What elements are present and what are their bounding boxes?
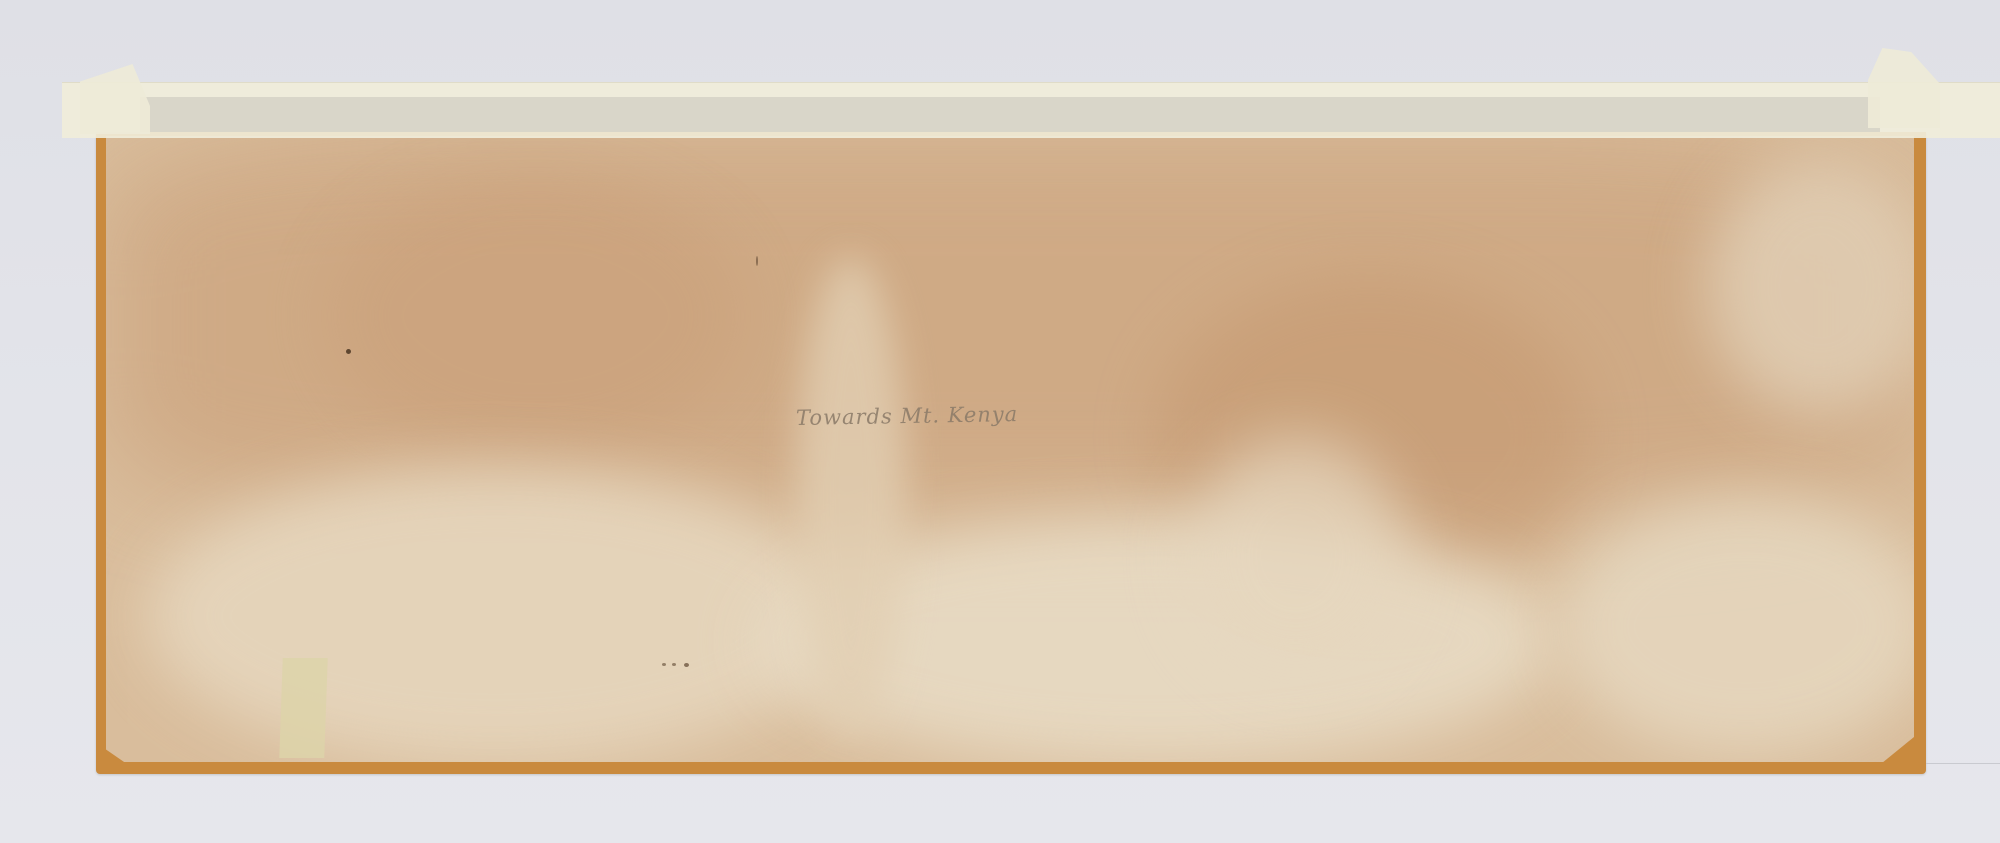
stain [326, 176, 746, 456]
photo: Towards Mt. Kenya [0, 0, 2000, 843]
water-stain [146, 466, 846, 762]
spot [672, 663, 676, 666]
water-stain [1556, 496, 1914, 756]
tape-fragment [279, 658, 327, 758]
water-stain [1186, 436, 1406, 676]
paper-verso: Towards Mt. Kenya [106, 136, 1914, 762]
spot [684, 663, 689, 667]
wall-line [1926, 763, 2000, 764]
spot [756, 256, 758, 266]
pencil-inscription: Towards Mt. Kenya [796, 402, 1019, 430]
spot [662, 663, 666, 666]
paper-sheet: Towards Mt. Kenya [96, 132, 1926, 774]
tape-shadow [140, 97, 1880, 132]
water-stain [796, 256, 906, 736]
spot [346, 349, 351, 354]
tape-flap-right [1868, 48, 1940, 128]
tape-flap-left [80, 64, 150, 134]
